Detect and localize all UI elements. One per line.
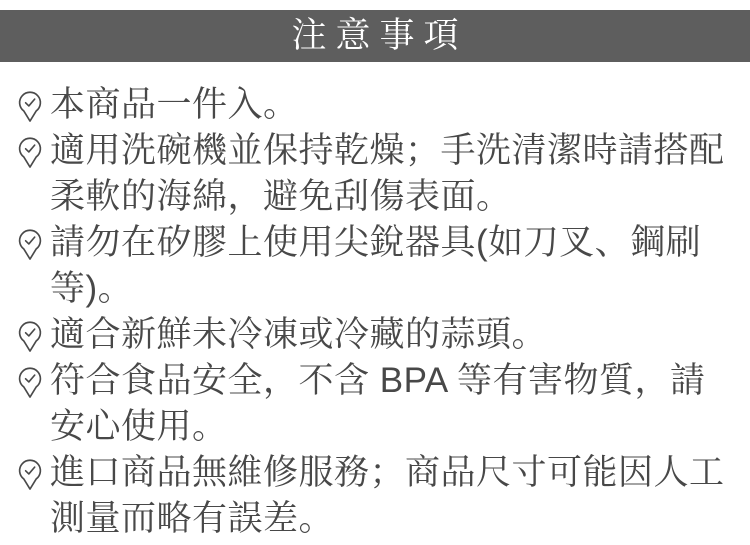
product-notice-section: 注意事項 本商品一件入。 適用洗碗機並保持乾燥；手洗清潔時請搭配 柔軟的海綿，避…: [0, 0, 750, 545]
check-pin-icon: [16, 320, 44, 353]
note-item: 請勿在矽膠上使用尖銳器具(如刀叉、鋼刷 等)。: [16, 220, 742, 312]
check-pin-icon: [16, 228, 44, 261]
check-pin-icon: [16, 90, 44, 123]
section-title-bar: 注意事項: [0, 10, 750, 62]
notes-list: 本商品一件入。 適用洗碗機並保持乾燥；手洗清潔時請搭配 柔軟的海綿，避免刮傷表面…: [0, 62, 750, 542]
note-text: 適用洗碗機並保持乾燥；手洗清潔時請搭配 柔軟的海綿，避免刮傷表面。: [50, 128, 725, 220]
note-item: 進口商品無維修服務；商品尺寸可能因人工 測量而略有誤差。: [16, 450, 742, 542]
check-pin-icon: [16, 136, 44, 169]
section-title: 注意事項: [282, 10, 467, 62]
note-text: 進口商品無維修服務；商品尺寸可能因人工 測量而略有誤差。: [50, 450, 725, 542]
check-pin-icon: [16, 366, 44, 399]
note-text: 本商品一件入。: [50, 82, 299, 128]
check-pin-icon: [16, 458, 44, 491]
note-item: 適合新鮮未冷凍或冷藏的蒜頭。: [16, 312, 742, 358]
note-item: 符合食品安全，不含 BPA 等有害物質，請 安心使用。: [16, 358, 742, 450]
note-item: 適用洗碗機並保持乾燥；手洗清潔時請搭配 柔軟的海綿，避免刮傷表面。: [16, 128, 742, 220]
note-text: 適合新鮮未冷凍或冷藏的蒜頭。: [50, 312, 547, 358]
note-item: 本商品一件入。: [16, 82, 742, 128]
note-text: 符合食品安全，不含 BPA 等有害物質，請 安心使用。: [50, 358, 705, 450]
note-text: 請勿在矽膠上使用尖銳器具(如刀叉、鋼刷 等)。: [50, 220, 701, 312]
